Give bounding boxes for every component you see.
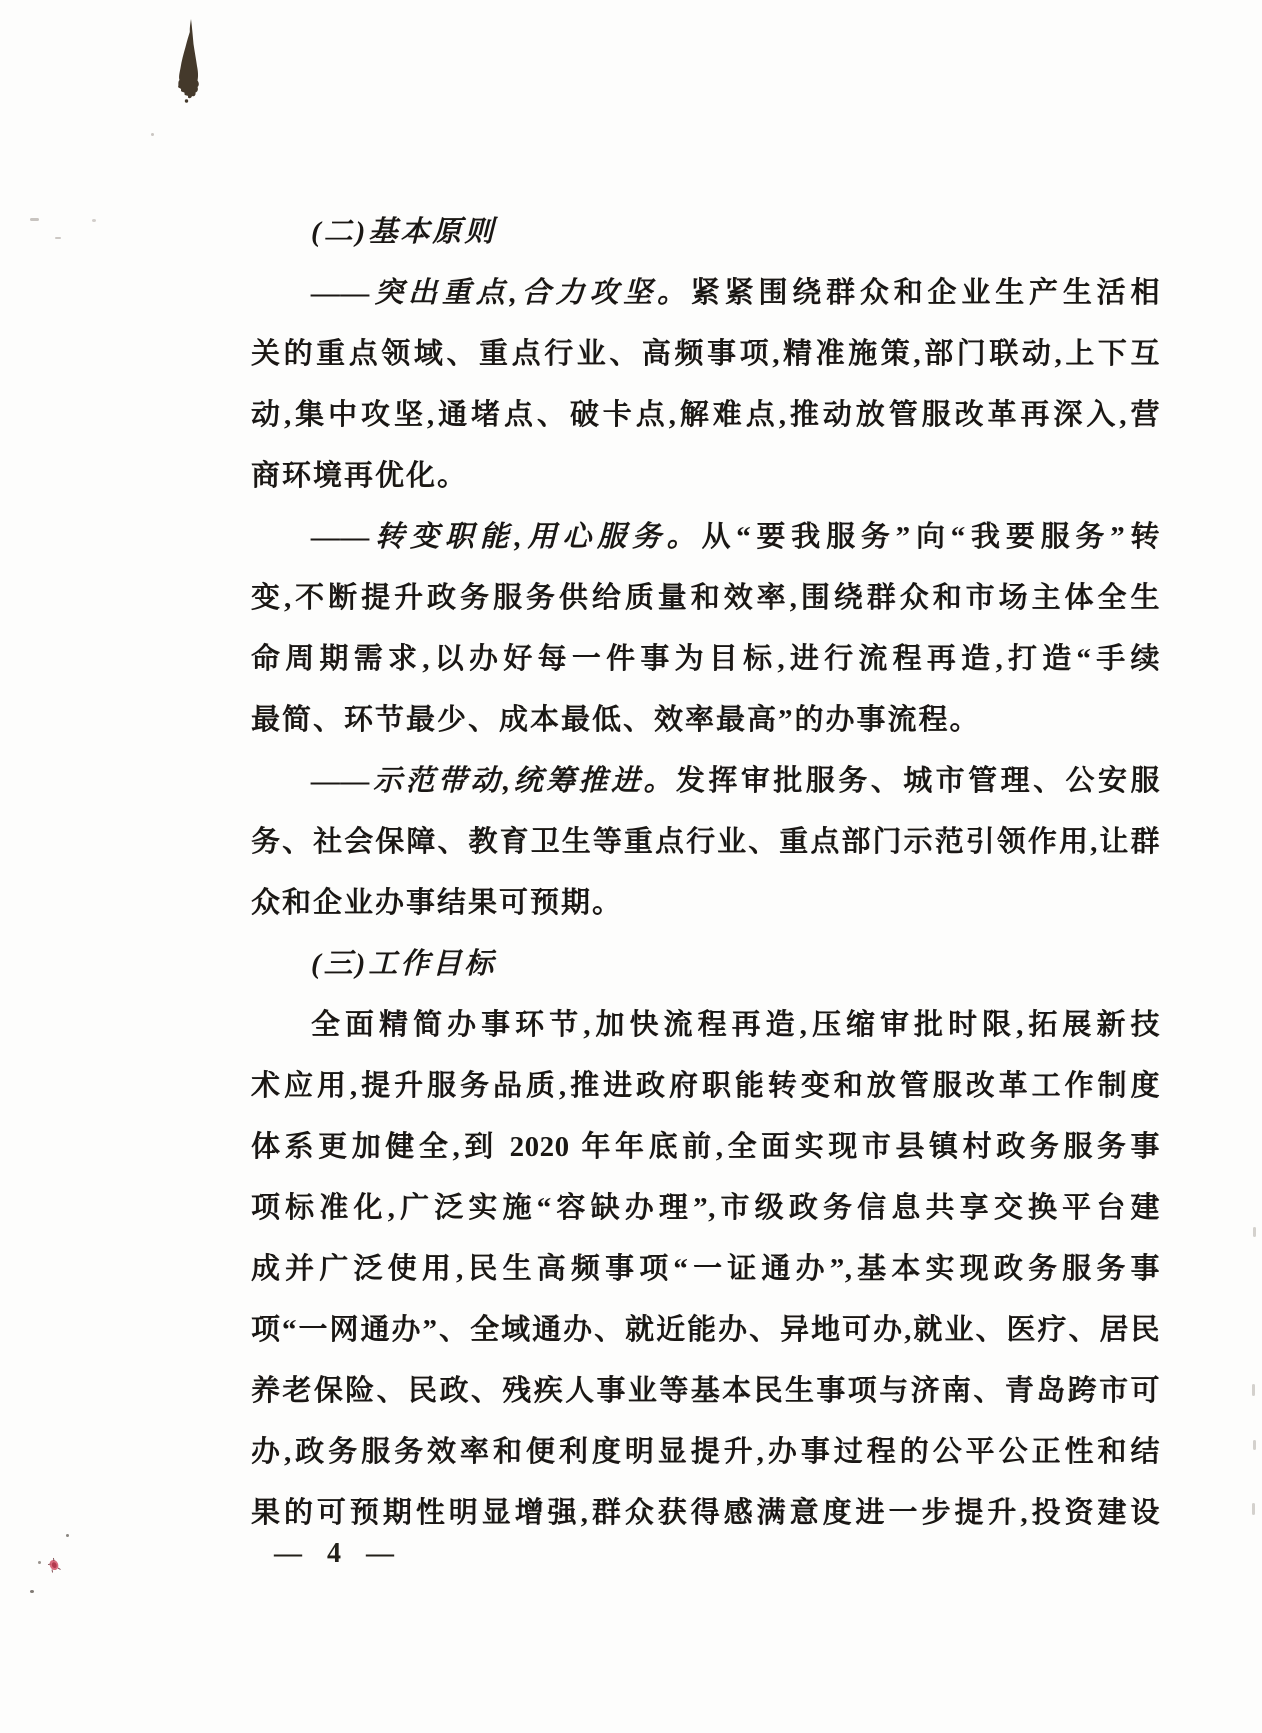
paragraph-line: 全面精简办事环节,加快流程再造,压缩审批时限,拓展新技 xyxy=(251,995,1160,1056)
line-text: 紧紧围绕群众和企业生产生活相 xyxy=(691,277,1160,309)
line-text: 务、社会保障、教育卫生等重点行业、重点部门示范引领作用,让群 xyxy=(251,826,1160,858)
line-text: 体系更加健全,到 2020 年年底前,全面实现市县镇村政务服务事 xyxy=(251,1131,1160,1163)
scan-speck xyxy=(66,1534,69,1537)
line-text: 众和企业办事结果可预期。 xyxy=(251,887,623,919)
paragraph-line: 众和企业办事结果可预期。 xyxy=(251,873,1160,934)
scan-speck xyxy=(151,133,154,136)
page-number: — 4 — xyxy=(274,1538,399,1570)
line-text: 养老保险、民政、残疾人事业等基本民生事项与济南、青岛跨市可 xyxy=(251,1375,1160,1407)
paragraph-line: 办,政务服务效率和便利度明显提升,办事过程的公平公正性和结 xyxy=(251,1422,1160,1483)
paragraph-lead: ——示范带动,统筹推进。 xyxy=(311,765,676,797)
line-text: 变,不断提升政务服务供给质量和效率,围绕群众和市场主体全生 xyxy=(251,582,1160,614)
scan-speck xyxy=(30,218,39,221)
line-text: 项标准化,广泛实施“容缺办理”,市级政务信息共享交换平台建 xyxy=(251,1192,1160,1224)
document-text: (二)基本原则 ——突出重点,合力攻坚。紧紧围绕群众和企业生产生活相 关的重点领… xyxy=(251,202,1160,1544)
paragraph-line: 命周期需求,以办好每一件事为目标,进行流程再造,打造“手续 xyxy=(251,629,1160,690)
line-text: 关的重点领域、重点行业、高频事项,精准施策,部门联动,上下互 xyxy=(251,338,1160,370)
ink-blot xyxy=(174,19,206,103)
line-text: 成并广泛使用,民生高频事项“一证通办”,基本实现政务服务事 xyxy=(251,1253,1160,1285)
scan-speck xyxy=(55,237,61,239)
paragraph-line: 变,不断提升政务服务供给质量和效率,围绕群众和市场主体全生 xyxy=(251,568,1160,629)
paragraph-line: 果的可预期性明显增强,群众获得感满意度进一步提升,投资建设 xyxy=(251,1483,1160,1544)
heading-text: (三)工作目标 xyxy=(311,948,496,980)
scan-edge-mark xyxy=(1252,1384,1255,1396)
scan-edge-mark xyxy=(1253,1440,1256,1450)
paragraph-line: 项标准化,广泛实施“容缺办理”,市级政务信息共享交换平台建 xyxy=(251,1178,1160,1239)
paragraph-line: ——转变职能,用心服务。从“要我服务”向“我要服务”转 xyxy=(251,507,1160,568)
paragraph-line: ——突出重点,合力攻坚。紧紧围绕群众和企业生产生活相 xyxy=(251,263,1160,324)
line-text: 术应用,提升服务品质,推进政府职能转变和放管服改革工作制度 xyxy=(251,1070,1160,1102)
paragraph-line: 动,集中攻坚,通堵点、破卡点,解难点,推动放管服改革再深入,营 xyxy=(251,385,1160,446)
section-heading: (三)工作目标 xyxy=(251,934,1160,995)
paragraph-line: 关的重点领域、重点行业、高频事项,精准施策,部门联动,上下互 xyxy=(251,324,1160,385)
section-heading: (二)基本原则 xyxy=(251,202,1160,263)
line-text: 商环境再优化。 xyxy=(251,460,468,492)
scanned-document-page: (二)基本原则 ——突出重点,合力攻坚。紧紧围绕群众和企业生产生活相 关的重点领… xyxy=(0,0,1262,1733)
paragraph-line: 成并广泛使用,民生高频事项“一证通办”,基本实现政务服务事 xyxy=(251,1239,1160,1300)
paragraph-line: 商环境再优化。 xyxy=(251,446,1160,507)
line-text: 项“一网通办”、全域通办、就近能办、异地可办,就业、医疗、居民 xyxy=(251,1314,1160,1346)
heading-text: (二)基本原则 xyxy=(311,216,496,248)
line-text: 最简、环节最少、成本最低、效率最高”的办事流程。 xyxy=(251,704,981,736)
paragraph-line: 体系更加健全,到 2020 年年底前,全面实现市县镇村政务服务事 xyxy=(251,1117,1160,1178)
line-text: 全面精简办事环节,加快流程再造,压缩审批时限,拓展新技 xyxy=(311,1009,1160,1041)
paragraph-line: 养老保险、民政、残疾人事业等基本民生事项与济南、青岛跨市可 xyxy=(251,1361,1160,1422)
scan-speck xyxy=(30,1590,34,1593)
scan-speck xyxy=(38,1561,41,1564)
red-ink-mark xyxy=(46,1556,62,1574)
paragraph-line: ——示范带动,统筹推进。发挥审批服务、城市管理、公安服 xyxy=(251,751,1160,812)
line-text: 动,集中攻坚,通堵点、破卡点,解难点,推动放管服改革再深入,营 xyxy=(251,399,1160,431)
paragraph-line: 务、社会保障、教育卫生等重点行业、重点部门示范引领作用,让群 xyxy=(251,812,1160,873)
scan-speck xyxy=(92,219,96,222)
line-text: 果的可预期性明显增强,群众获得感满意度进一步提升,投资建设 xyxy=(251,1497,1160,1529)
paragraph-line: 项“一网通办”、全域通办、就近能办、异地可办,就业、医疗、居民 xyxy=(251,1300,1160,1361)
paragraph-lead: ——转变职能,用心服务。 xyxy=(311,521,701,553)
scan-edge-mark xyxy=(1253,1227,1256,1237)
line-text: 从“要我服务”向“我要服务”转 xyxy=(701,521,1160,553)
paragraph-line: 最简、环节最少、成本最低、效率最高”的办事流程。 xyxy=(251,690,1160,751)
line-text: 办,政务服务效率和便利度明显提升,办事过程的公平公正性和结 xyxy=(251,1436,1160,1468)
line-text: 发挥审批服务、城市管理、公安服 xyxy=(676,765,1160,797)
paragraph-lead: ——突出重点,合力攻坚。 xyxy=(311,277,691,309)
line-text: 命周期需求,以办好每一件事为目标,进行流程再造,打造“手续 xyxy=(251,643,1160,675)
paragraph-line: 术应用,提升服务品质,推进政府职能转变和放管服改革工作制度 xyxy=(251,1056,1160,1117)
scan-edge-mark xyxy=(1252,1503,1255,1515)
